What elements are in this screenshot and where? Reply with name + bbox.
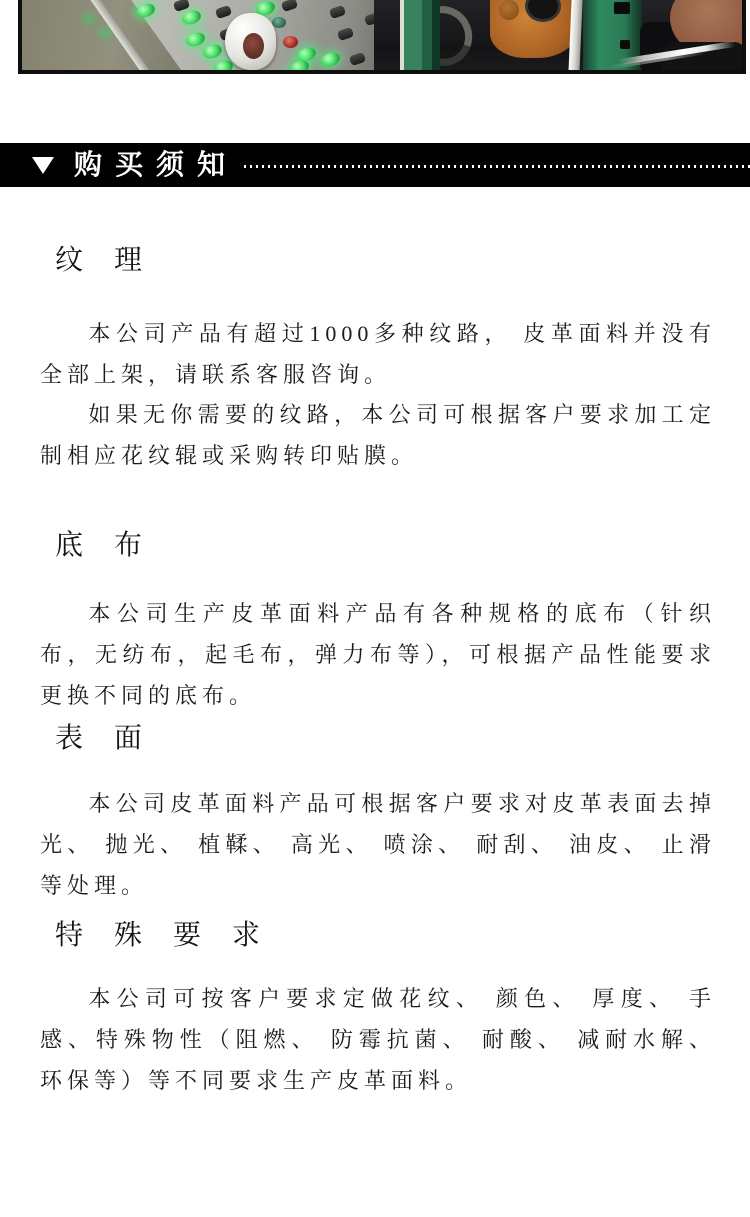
section-heading-base-fabric: 底 布 <box>55 523 154 563</box>
notice-bar: 购买须知 <box>0 143 750 187</box>
teal-button <box>272 17 286 28</box>
notice-title: 购买须知 <box>74 143 238 187</box>
section-heading-special-requirements: 特 殊 要 求 <box>55 913 272 953</box>
machine-knob <box>499 0 519 20</box>
section-grain-paragraph-2: 如果无你需要的纹路，本公司可根据客户要求加工定制相应花纹辊或采购转印贴膜。 <box>40 394 716 476</box>
triangle-down-icon <box>32 157 54 174</box>
section-heading-grain: 纹 理 <box>55 238 154 278</box>
frame-hole <box>620 40 630 49</box>
frame-hole <box>614 2 630 14</box>
machine-control-panel-photo <box>18 0 746 74</box>
dotted-divider <box>244 165 750 168</box>
cloth-fold <box>243 33 264 59</box>
section-heading-surface: 表 面 <box>55 716 154 756</box>
section-special-requirements-paragraph: 本公司可按客户要求定做花纹、 颜色、 厚度、 手感、特殊物性（阻燃、 防霉抗菌、… <box>40 978 716 1101</box>
section-grain-paragraph-1: 本公司产品有超过1000多种纹路， 皮革面料并没有全部上架，请联系客服咨询。 <box>40 313 716 395</box>
green-reflection <box>82 14 96 24</box>
green-machine-column <box>400 0 440 70</box>
section-base-fabric-paragraph: 本公司生产皮革面料产品有各种规格的底布（针织布，无纺布，起毛布，弹力布等），可根… <box>40 593 716 716</box>
red-button <box>283 36 298 48</box>
green-reflection <box>98 28 112 38</box>
section-surface-paragraph: 本公司皮革面料产品可根据客户要求对皮革表面去掉光、 抛光、 植鞣、 高光、 喷涂… <box>40 783 716 906</box>
